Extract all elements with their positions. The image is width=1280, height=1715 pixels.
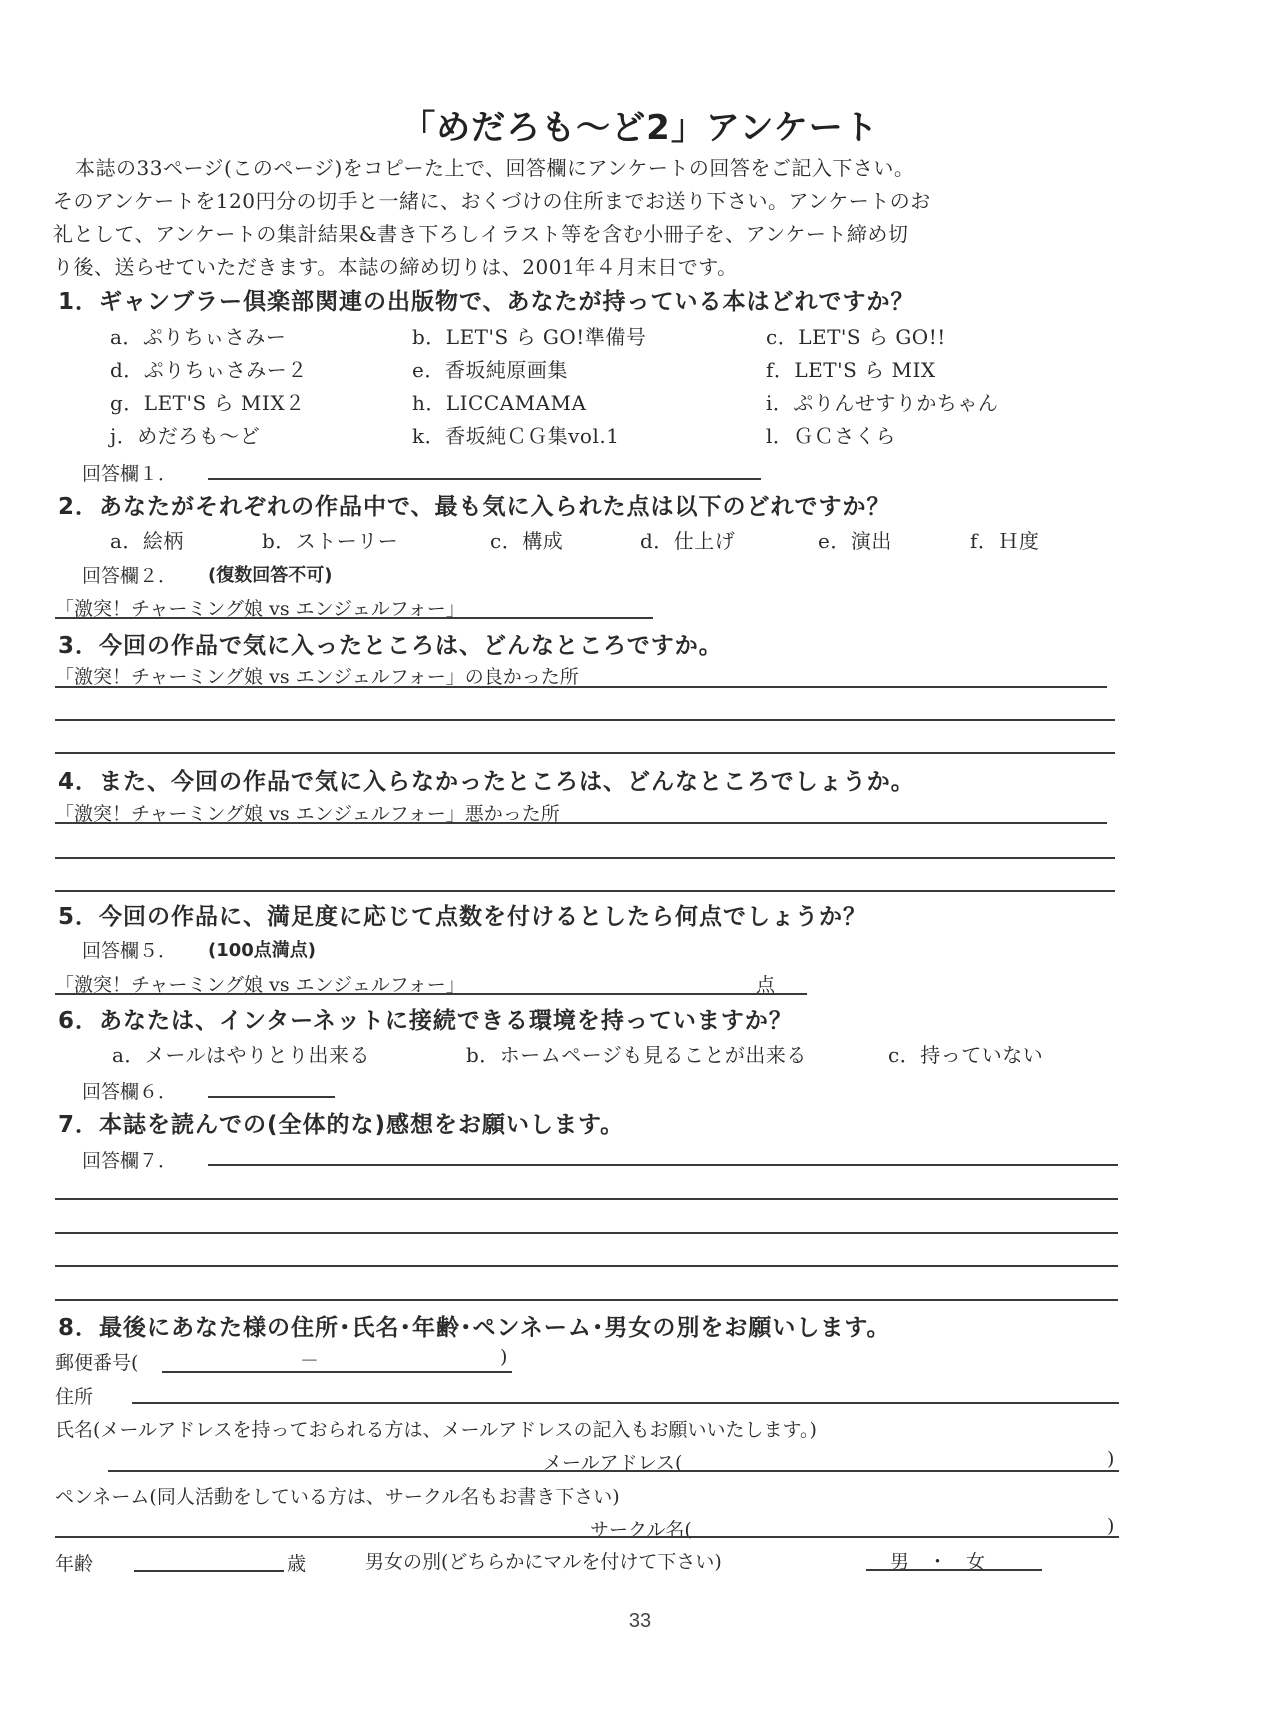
q1-answer-field[interactable] [208, 478, 761, 480]
q3-prompt: 「激突！チャーミング娘 vs エンジェルフォー」の良かった所 [55, 662, 579, 689]
age-unit: 歳 [287, 1549, 306, 1576]
q1-option-f: f．LET'S ら MIX [766, 354, 936, 383]
intro-line-1: 本誌の33ページ(このページ)をコピーた上で、回答欄にアンケートの回答をご記入下… [75, 152, 914, 181]
q5-answer-label: 回答欄５． [82, 936, 177, 963]
postal-code-field[interactable] [162, 1371, 512, 1373]
name-label: 氏名(メールアドレスを持っておられる方は、メールアドレスの記入もお願いいたします… [55, 1415, 817, 1442]
q6-question: 6．あなたは、インターネットに接続できる環境を持っていますか？ [58, 1002, 793, 1035]
page-number: 33 [0, 1610, 1280, 1633]
penname-label: ペンネーム(同人活動をしている方は、サークル名もお書き下さい) [55, 1482, 620, 1509]
q2-option-a: a．絵柄 [110, 525, 184, 554]
q1-answer-label: 回答欄１． [82, 459, 177, 486]
q7-answer-line-5[interactable] [55, 1299, 1118, 1301]
q4-answer-line-1[interactable] [55, 822, 1107, 824]
q7-answer-line-4[interactable] [55, 1265, 1118, 1267]
q5-answer-note: (100点満点) [208, 936, 316, 962]
q6-option-c: c．持っていない [888, 1039, 1043, 1068]
postal-code-close: ) [500, 1346, 507, 1368]
q6-answer-field[interactable] [208, 1096, 335, 1098]
intro-line-2: そのアンケートを120円分の切手と一緒に、おくづけの住所までお送り下さい。アンケ… [53, 185, 931, 214]
q1-option-l: l．ＧＣさくら [766, 420, 896, 449]
sex-field[interactable] [866, 1569, 1042, 1571]
q7-answer-label: 回答欄７． [82, 1146, 177, 1173]
q6-option-b: b．ホームページも見ることが出来る [466, 1039, 807, 1068]
q1-option-d: d．ぷりちぃさみー２ [110, 354, 308, 383]
q2-question: 2．あなたがそれぞれの作品中で、最も気に入られた点は以下のどれですか？ [58, 488, 891, 521]
q4-answer-line-2[interactable] [55, 857, 1115, 859]
circle-name-close: ) [1107, 1515, 1114, 1537]
penname-circle-field[interactable] [55, 1536, 1119, 1538]
q2-option-f: f．Ｈ度 [970, 525, 1039, 554]
q3-answer-line-3[interactable] [55, 752, 1115, 754]
q1-option-b: b．LET'S ら GO!準備号 [412, 321, 646, 350]
q2-answer-field[interactable] [55, 617, 653, 619]
q6-answer-label: 回答欄６． [82, 1077, 177, 1104]
sex-label: 男女の別(どちらかにマルを付けて下さい) [365, 1547, 722, 1574]
q7-answer-line-2[interactable] [55, 1198, 1118, 1200]
q3-answer-line-1[interactable] [55, 686, 1107, 688]
q1-question: 1．ギャンブラー倶楽部関連の出版物で、あなたが持っている本はどれですか？ [58, 283, 915, 316]
q3-question: 3．今回の作品で気に入ったところは、どんなところですか。 [58, 627, 723, 660]
q1-option-k: k．香坂純ＣＧ集vol.1 [412, 420, 619, 449]
q7-question: 7．本誌を読んでの(全体的な)感想をお願いします。 [58, 1106, 624, 1139]
q5-question: 5．今回の作品に、満足度に応じて点数を付けるとしたら何点でしょうか？ [58, 898, 867, 931]
q1-option-h: h．LICCAMAMA [412, 387, 586, 416]
q7-answer-line-3[interactable] [55, 1232, 1118, 1234]
q2-option-c: c．構成 [490, 525, 563, 554]
q2-answer-label: 回答欄２． [82, 561, 177, 588]
intro-line-3: 礼として、アンケートの集計結果&書き下ろしイラスト等を含む小冊子を、アンケート締… [53, 218, 908, 247]
q5-score-field[interactable] [55, 993, 807, 995]
q4-question: 4．また、今回の作品で気に入らなかったところは、どんなところでしょうか。 [58, 763, 915, 796]
email-close: ) [1107, 1448, 1114, 1470]
address-label: 住所 [55, 1382, 93, 1409]
name-email-field[interactable] [108, 1470, 1119, 1472]
postal-code-label: 郵便番号( [55, 1348, 138, 1375]
q7-answer-line-1[interactable] [208, 1164, 1118, 1166]
q2-answer-note: (復数回答不可) [208, 561, 332, 587]
q4-answer-line-3[interactable] [55, 890, 1115, 892]
intro-line-4: り後、送らせていただきます。本誌の締め切りは、2001年４月末日です。 [53, 251, 738, 280]
address-field[interactable] [132, 1402, 1119, 1404]
q1-option-e: e．香坂純原画集 [412, 354, 568, 383]
age-field[interactable] [134, 1570, 284, 1572]
age-label: 年齢 [55, 1549, 93, 1576]
postal-code-dash: － [300, 1346, 319, 1373]
q1-option-a: a．ぷりちぃさみー [110, 321, 286, 350]
q1-option-g: g．LET'S ら MIX２ [110, 387, 306, 416]
q1-option-j: j．めだろも～ど [110, 420, 260, 449]
q2-option-d: d．仕上げ [640, 525, 735, 554]
q3-answer-line-2[interactable] [55, 719, 1115, 721]
q2-option-b: b．ストーリー [262, 525, 398, 554]
q2-option-e: e．演出 [818, 525, 892, 554]
page-title: 「めだろも～ど2」アンケート [0, 100, 1280, 149]
q8-question: 8．最後にあなた様の住所･氏名･年齢･ペンネーム･男女の別をお願いします。 [58, 1309, 890, 1342]
q6-option-a: a．メールはやりとり出来る [112, 1039, 370, 1068]
q1-option-c: c．LET'S ら GO!! [766, 321, 946, 350]
q1-option-i: i．ぷりんせすりかちゃん [766, 387, 998, 416]
